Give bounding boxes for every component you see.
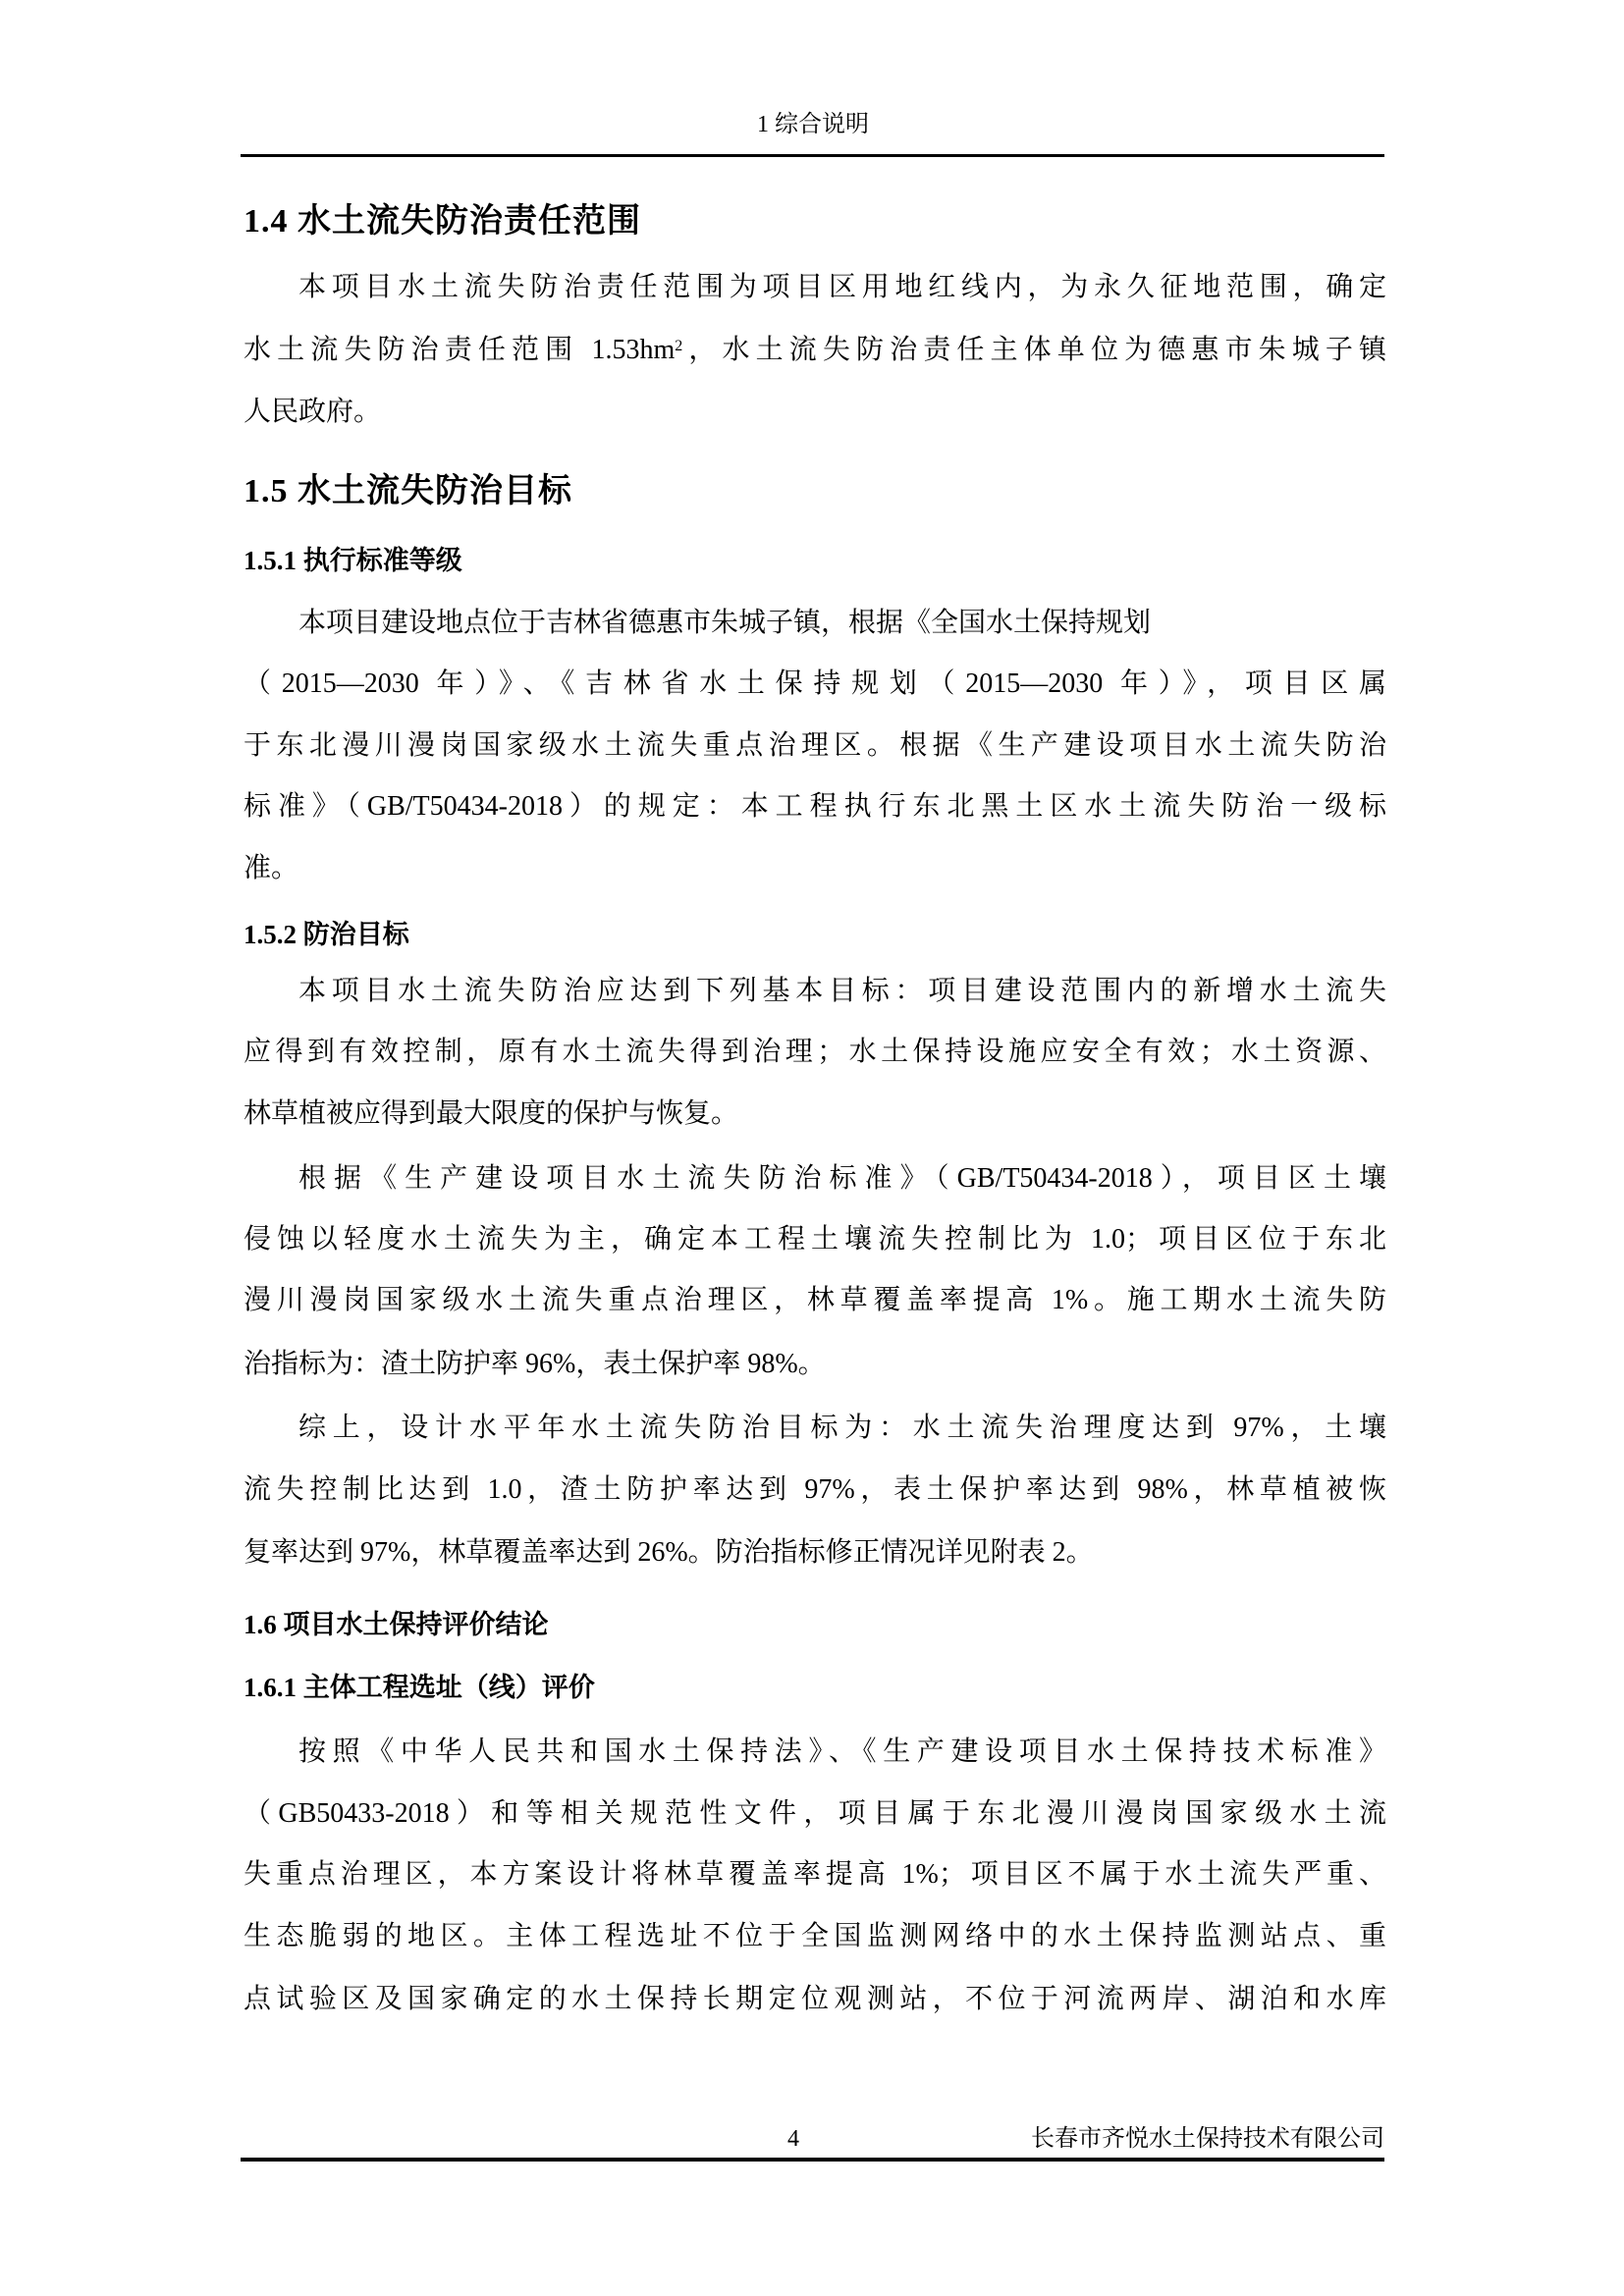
subsection-heading-1-5-2: 1.5.2 防治目标: [244, 918, 1386, 951]
paragraph-line: 于东北漫川漫岗国家级水土流失重点治理区。根据《生产建设项目水土流失防治: [244, 729, 1386, 763]
paragraph-line: 人民政府。: [244, 396, 1386, 429]
paragraph-line: 本项目建设地点位于吉林省德惠市朱城子镇，根据《全国水土保持规划: [244, 607, 1386, 640]
paragraph-line: 治指标为：渣土防护率 96%，表土保护率 98%。: [244, 1348, 1386, 1381]
paragraph-line: 根据《生产建设项目水土流失防治标准》（GB/T50434-2018），项目区土壤: [244, 1162, 1386, 1196]
footer-rule: [241, 2158, 1384, 2162]
paragraph-line: 综上，设计水平年水土流失防治目标为：水土流失治理度达到 97%，土壤: [244, 1412, 1386, 1445]
subsection-heading-1-6: 1.6 项目水土保持评价结论: [244, 1608, 1386, 1641]
footer-company: 长春市齐悦水土保持技术有限公司: [1031, 2124, 1384, 2154]
paragraph-line: 复率达到 97%，林草覆盖率达到 26%。防治指标修正情况详见附表 2。: [244, 1536, 1386, 1570]
paragraph-line: 流失控制比达到 1.0，渣土防护率达到 97%，表土保护率达到 98%，林草植被…: [244, 1473, 1386, 1507]
paragraph-line: 林草植被应得到最大限度的保护与恢复。: [244, 1097, 1386, 1131]
paragraph-line: 本项目水土流失防治责任范围为项目区用地红线内，为永久征地范围，确定: [244, 271, 1386, 304]
paragraph-line: 按照《中华人民共和国水土保持法》、《生产建设项目水土保持技术标准》: [244, 1735, 1386, 1769]
subsection-heading-1-6-1: 1.6.1 主体工程选址（线）评价: [244, 1671, 1386, 1704]
page-header: 1 综合说明: [241, 110, 1385, 139]
paragraph-line: 准。: [244, 852, 1386, 885]
paragraph-line: （GB50433-2018）和等相关规范性文件，项目属于东北漫川漫岗国家级水土流: [244, 1797, 1386, 1831]
paragraph-line: 水土流失防治责任范围 1.53hm2，水土流失防治责任主体单位为德惠市朱城子镇: [244, 334, 1386, 367]
paragraph-line: 漫川漫岗国家级水土流失重点治理区，林草覆盖率提高 1%。施工期水土流失防: [244, 1284, 1386, 1317]
section-heading-1-4: 1.4 水土流失防治责任范围: [244, 202, 1386, 241]
section-heading-1-5: 1.5 水土流失防治目标: [244, 472, 1386, 511]
paragraph-line: 标准》（GB/T50434-2018）的规定：本工程执行东北黑土区水土流失防治一…: [244, 790, 1386, 824]
paragraph-line: 生态脆弱的地区。主体工程选址不位于全国监测网络中的水土保持监测站点、重: [244, 1920, 1386, 1953]
superscript: 2: [675, 338, 682, 354]
text-span: ，水土流失防治责任主体单位为德惠市朱城子镇: [682, 335, 1386, 365]
paragraph-line: （2015—2030 年）》、《吉林省水土保持规划（2015—2030 年）》，…: [244, 667, 1386, 701]
footer-page-number: 4: [787, 2124, 799, 2154]
paragraph-line: 应得到有效控制，原有水土流失得到治理；水土保持设施应安全有效；水土资源、: [244, 1036, 1386, 1069]
paragraph-line: 侵蚀以轻度水土流失为主，确定本工程土壤流失控制比为 1.0；项目区位于东北: [244, 1223, 1386, 1256]
paragraph-line: 点试验区及国家确定的水土保持长期定位观测站，不位于河流两岸、湖泊和水库: [244, 1983, 1386, 2016]
paragraph-line: 失重点治理区，本方案设计将林草覆盖率提高 1%；项目区不属于水土流失严重、: [244, 1858, 1386, 1892]
paragraph-line: 本项目水土流失防治应达到下列基本目标：项目建设范围内的新增水土流失: [244, 975, 1386, 1008]
header-rule: [241, 154, 1384, 157]
text-span: 水土流失防治责任范围 1.53hm: [244, 335, 675, 365]
subsection-heading-1-5-1: 1.5.1 执行标准等级: [244, 544, 1386, 577]
